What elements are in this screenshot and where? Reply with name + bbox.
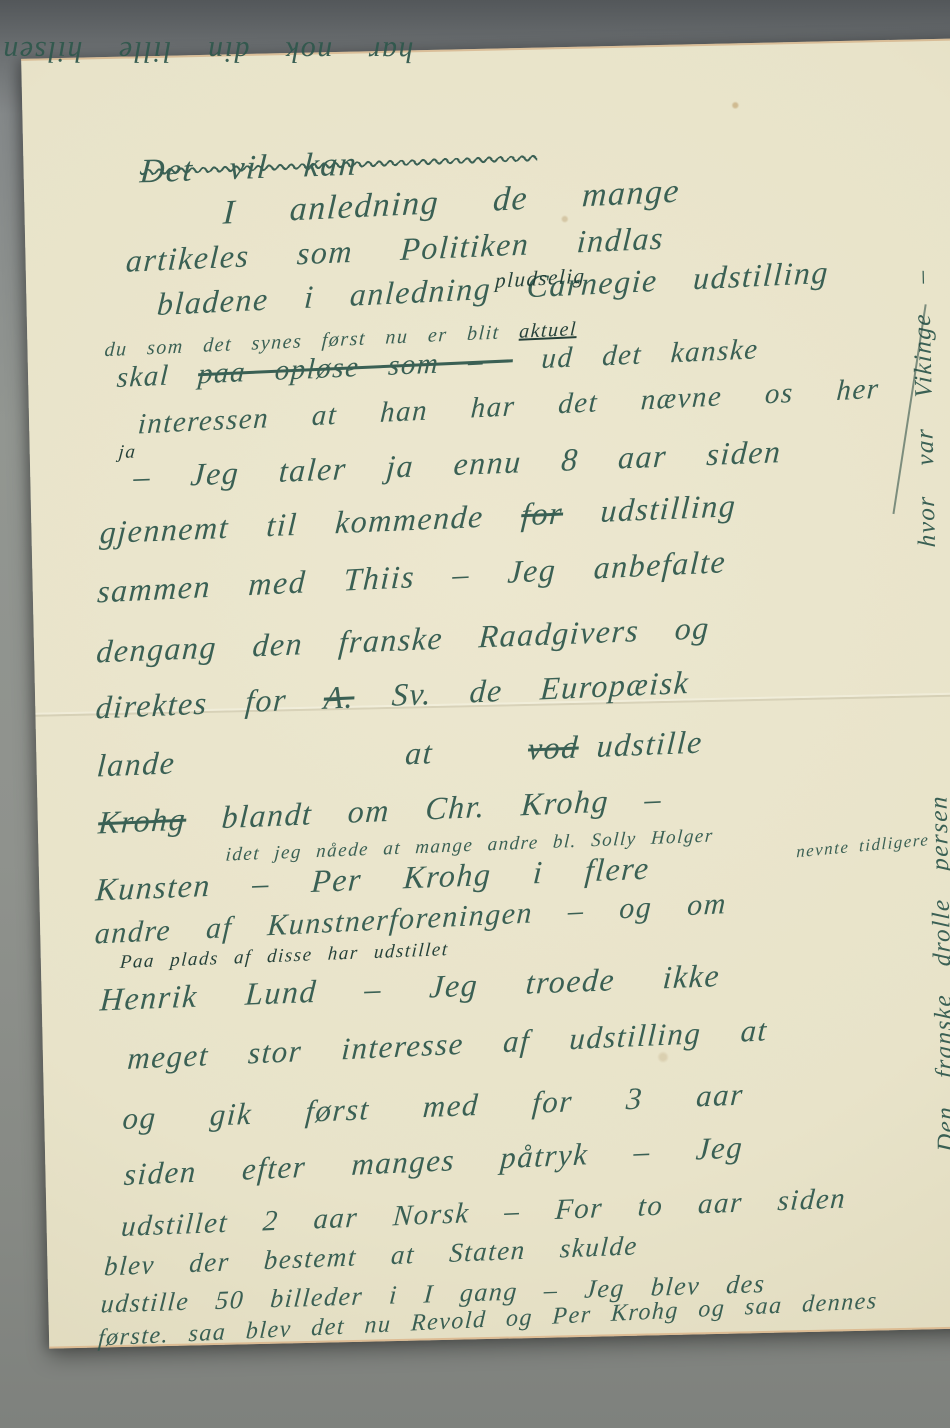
handwritten-line: nevnte tidligere [796, 830, 929, 862]
handwritten-text: pludselig [495, 263, 587, 292]
handwritten-text: udstilling [562, 487, 737, 531]
handwritten-text: gjennemt til kommende [99, 496, 523, 550]
handwritten-line: pludselig [495, 263, 587, 293]
handwritten-text: for [520, 494, 564, 532]
handwritten-text: nevnte tidligere [796, 830, 929, 861]
handwritten-line: og gik først med for 3 aar [122, 1076, 746, 1137]
handwritten-text: udstille [596, 724, 705, 764]
handwritten-line: dengang den franske Raadgivers og [95, 609, 711, 670]
handwritten-text: dengang den franske Raadgivers og [95, 609, 711, 669]
handwritten-line: gjennemt til kommende for udstilling [99, 487, 738, 551]
handwriting-layer: Det vil kan I anledning de mangeartikele… [21, 39, 950, 1347]
handwritten-text: lande [96, 744, 177, 783]
handwritten-text: A. [323, 678, 356, 715]
handwritten-text: vod [527, 728, 580, 766]
handwritten-line: udstillet 2 aar Norsk – For to aar siden [120, 1182, 847, 1244]
handwritten-line: siden efter manges påtryk – Jeg [123, 1129, 744, 1193]
handwritten-text: – Jeg taler ja ennu 8 aar siden [133, 433, 783, 495]
handwritten-text: blandt om Chr. Krohg – [185, 780, 663, 836]
handwritten-text: direktes for [95, 680, 325, 726]
handwritten-text: og gik først med for 3 aar [122, 1076, 745, 1136]
handwritten-text: meget stor interesse af udstilling at [126, 1012, 768, 1076]
photograph-background: har nok din lille hilsen i gaar hvor var… [0, 0, 950, 1428]
handwritten-text: aktuel [519, 318, 578, 343]
handwritten-text: sammen med Thiis – Jeg anbefalte [96, 543, 727, 609]
handwritten-text: Sv. de Europæisk [353, 664, 690, 714]
handwritten-text: at [404, 734, 434, 771]
handwritten-text: siden efter manges påtryk – Jeg [123, 1129, 744, 1192]
handwritten-line: landeatvodudstille [96, 724, 704, 785]
handwritten-text: udstillet 2 aar Norsk – For to aar siden [120, 1182, 847, 1243]
handwritten-line: sammen med Thiis – Jeg anbefalte [96, 543, 727, 610]
handwritten-text: skal [116, 358, 199, 394]
letter-paper: har nok din lille hilsen i gaar hvor var… [21, 37, 950, 1349]
handwritten-line: meget stor interesse af udstilling at [126, 1012, 768, 1077]
handwritten-line: – Jeg taler ja ennu 8 aar siden [132, 433, 782, 496]
handwritten-text: Krohg [97, 801, 187, 841]
handwritten-line: direktes for A. Sv. de Europæisk [95, 664, 691, 727]
